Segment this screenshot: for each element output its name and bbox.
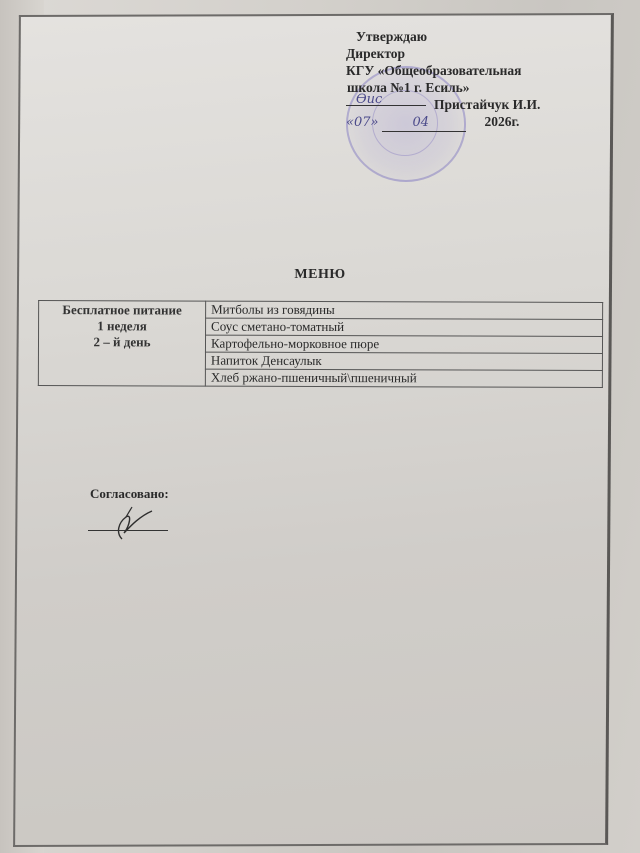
menu-item: Хлеб ржано-пшеничный\пшеничный [205,369,602,387]
agreement-signature-icon [108,505,154,541]
menu-item: Соус сметано-томатный [206,318,603,336]
approval-block: Утверждаю Директор КГУ «Общеобразователь… [346,28,540,132]
approval-signature-row: ѲисПристайчук И.И. [346,96,540,113]
category-label: Бесплатное питание [44,302,200,319]
handwritten-signature: Ѳис [356,91,382,108]
page-title: МЕНЮ [0,267,640,283]
date-day: «07» [346,115,378,130]
approval-heading: Утверждаю [356,28,540,45]
date-year: 2026г. [484,114,519,129]
category-day: 2 – й день [44,334,200,351]
menu-item: Картофельно-морковное пюре [205,335,602,353]
approval-organization: КГУ «Общеобразовательная [346,62,540,79]
menu-category-cell: Бесплатное питание 1 неделя 2 – й день [38,301,205,387]
agreement-signature-line [88,530,168,531]
approval-date-row: «07»042026г. [346,113,540,132]
agreement-label: Согласовано: [90,486,169,502]
signature-line: Ѳис [346,104,426,106]
table-row: Бесплатное питание 1 неделя 2 – й день М… [39,301,603,320]
menu-table: Бесплатное питание 1 неделя 2 – й день М… [38,300,603,388]
approval-position: Директор [346,45,540,62]
date-month: 04 [412,115,429,130]
signatory-name: Пристайчук И.И. [434,97,540,112]
category-week: 1 неделя [44,318,200,335]
date-month-line: 04 [382,113,466,132]
menu-item: Митболы из говядины [206,301,603,319]
document-sheet [13,13,614,847]
menu-item: Напиток Денсаулык [205,352,602,370]
